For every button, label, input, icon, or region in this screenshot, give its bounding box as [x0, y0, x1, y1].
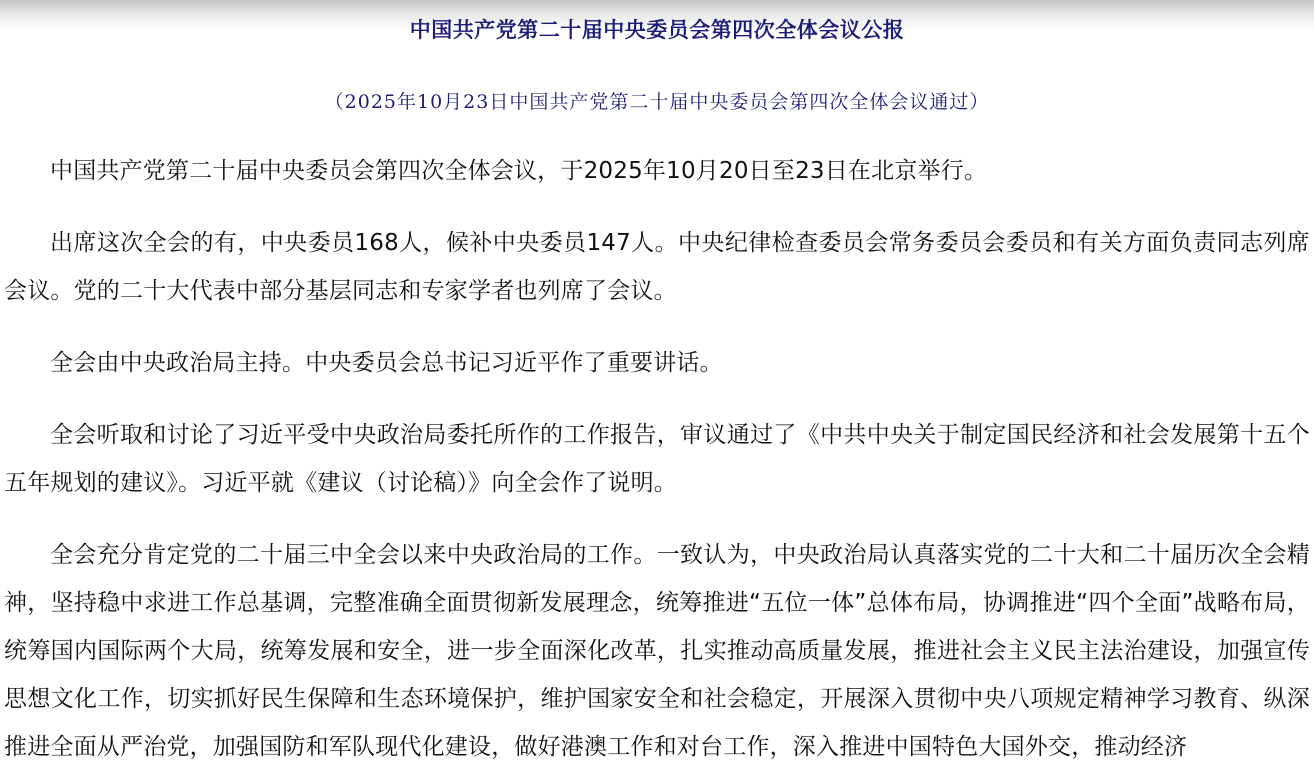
article-title: 中国共产党第二十届中央委员会第四次全体会议公报	[4, 0, 1310, 45]
paragraph-3: 全会由中央政治局主持。中央委员会总书记习近平作了重要讲话。	[4, 339, 1310, 387]
article-body: 中国共产党第二十届中央委员会第四次全体会议，于2025年10月20日至23日在北…	[4, 147, 1310, 771]
paragraph-4: 全会听取和讨论了习近平受中央政治局委托所作的工作报告，审议通过了《中共中央关于制…	[4, 411, 1310, 507]
paragraph-1: 中国共产党第二十届中央委员会第四次全体会议，于2025年10月20日至23日在北…	[4, 147, 1310, 195]
paragraph-2: 出席这次全会的有，中央委员168人，候补中央委员147人。中央纪律检查委员会常务…	[4, 219, 1310, 315]
article-subtitle: （2025年10月23日中国共产党第二十届中央委员会第四次全体会议通过）	[4, 87, 1310, 117]
article: 中国共产党第二十届中央委员会第四次全体会议公报 （2025年10月23日中国共产…	[0, 0, 1314, 771]
paragraph-5: 全会充分肯定党的二十届三中全会以来中央政治局的工作。一致认为，中央政治局认真落实…	[4, 531, 1310, 771]
